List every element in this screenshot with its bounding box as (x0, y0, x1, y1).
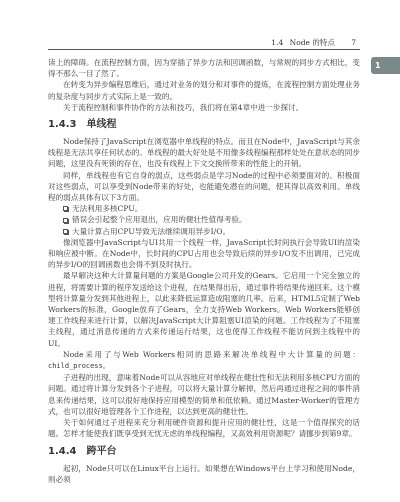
paragraph-end: 。 (103, 361, 111, 370)
list-item: 无法利用多核CPU。 (63, 203, 360, 214)
section-title: 单线程 (86, 119, 116, 130)
paragraph: 最早解决这种大计算量问题的方案是Google公司开发的Gears。它启用一个完全… (48, 270, 360, 348)
paragraph: 在转变为异步编程思维后，通过对业务的划分和对事件的提炼，在流程控制方面处理业务的… (48, 79, 360, 101)
weakness-list: 无法利用多核CPU。 错误会引起整个应用退出，应用的健壮性值得考验。 大量计算占… (48, 203, 360, 237)
inline-code: child_process (48, 362, 103, 370)
list-item-text: 无法利用多核CPU。 (72, 203, 142, 214)
paragraph: 像浏览器中JavaScript与UI共用一个线程一样，JavaScript长时间… (48, 237, 360, 271)
list-item-text: 错误会引起整个应用退出，应用的健壮性值得考验。 (72, 214, 247, 225)
header-section-number: 1.4 (271, 38, 283, 47)
book-page: 1.4 Node 的特点 7 读上的障碍。在流程控制方面，因为穿插了异步方法和回… (48, 0, 360, 502)
paragraph: Node保持了JavaScript在浏览器中单线程的特点。而且在Node中，Ja… (48, 136, 360, 170)
paragraph: 起初，Node只可以在Linux平台上运行。如果想在Windows平台上学习和使… (48, 463, 360, 485)
section-number: 1.4.3 (48, 119, 76, 130)
paragraph: 关于如何通过子进程来充分利用硬件资源和提升应用的健壮性，这是一个值得探究的话题。… (48, 417, 360, 439)
checkbox-bullet-icon (63, 206, 68, 211)
paragraph-text: Node采用了与Web Workers相同的思路来解决单线程中大计算量的问题： (63, 350, 360, 359)
paragraph-child-process: Node采用了与Web Workers相同的思路来解决单线程中大计算量的问题：c… (48, 349, 360, 372)
checkbox-bullet-icon (63, 218, 68, 223)
section-heading-1-4-3: 1.4.3单线程 (48, 118, 360, 132)
page-body: 读上的障碍。在流程控制方面，因为穿插了异步方法和回调函数，与常规的同步方式相比，… (48, 57, 360, 485)
checkbox-bullet-icon (63, 229, 68, 234)
paragraph: 子进程的出现，意味着Node可以从容地应对单线程在健壮性和无法利用多核CPU方面… (48, 372, 360, 417)
list-item: 错误会引起整个应用退出，应用的健壮性值得考验。 (63, 214, 360, 225)
running-header: 1.4 Node 的特点 7 (48, 37, 360, 49)
list-item: 大量计算占用CPU导致无法继续调用异步I/O。 (63, 226, 360, 237)
paragraph: 同样，单线程也有它自身的弱点，这些弱点是学习Node的过程中必须要面对的。积极面… (48, 170, 360, 204)
paragraph: 关于流程控制和事件协作的方法和技巧，我们将在第4章中进一步探讨。 (48, 102, 360, 113)
page-number: 7 (351, 38, 356, 47)
chapter-tab: 1 (371, 57, 400, 74)
header-section-title: Node 的特点 (290, 38, 335, 47)
paragraph: 读上的障碍。在流程控制方面，因为穿插了异步方法和回调函数，与常规的同步方式相比，… (48, 57, 360, 79)
header-rule (48, 49, 360, 50)
section-title: 跨平台 (86, 446, 116, 457)
section-number: 1.4.4 (48, 446, 76, 457)
list-item-text: 大量计算占用CPU导致无法继续调用异步I/O。 (72, 226, 230, 237)
section-heading-1-4-4: 1.4.4跨平台 (48, 445, 360, 459)
chapter-number: 1 (375, 61, 381, 70)
